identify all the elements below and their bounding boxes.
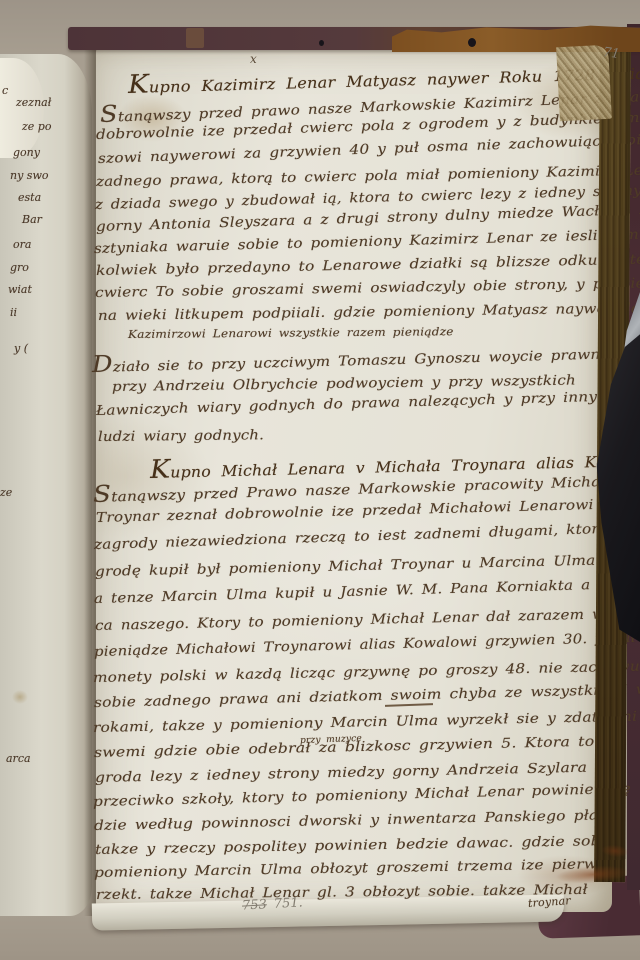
- top-edge-speck: [319, 40, 324, 46]
- left-facing-page: [0, 54, 92, 916]
- left-page-text-fragment: ora: [13, 238, 31, 251]
- bottom-page-numbers: 753751.: [242, 895, 303, 913]
- left-page-text-fragment: arca: [6, 752, 31, 765]
- left-page-text-fragment: ny swo: [10, 169, 48, 182]
- left-page-text-fragment: zeznał: [16, 96, 51, 109]
- left-page-text-fragment: c: [2, 84, 8, 97]
- left-page-text-fragment: esta: [18, 191, 41, 204]
- current-page-number: 751.: [273, 895, 303, 911]
- folio-number: 71: [602, 45, 620, 62]
- left-page-text-fragment: ii: [10, 306, 17, 319]
- left-page-text-fragment: gony: [13, 146, 40, 159]
- left-page-text-fragment: wiat: [8, 283, 32, 296]
- manuscript-line: ludzi wiary godnych.: [98, 427, 264, 445]
- manuscript-photo: x 71 753751. c zeznał ze po gony ny swo …: [0, 0, 640, 960]
- left-page-text-fragment: Bar: [22, 213, 42, 226]
- struck-page-number: 753: [242, 897, 268, 913]
- left-page-text-fragment: ze po: [22, 120, 51, 133]
- top-edge-speck: [468, 38, 476, 47]
- book-top-edge-tab: [186, 28, 204, 48]
- left-page-stain: [12, 690, 28, 704]
- left-page-text-fragment: y (: [14, 342, 28, 355]
- left-page-text-fragment: ze: [0, 486, 12, 499]
- caret-x-mark: x: [250, 52, 257, 66]
- left-page-text-fragment: gro: [10, 261, 29, 274]
